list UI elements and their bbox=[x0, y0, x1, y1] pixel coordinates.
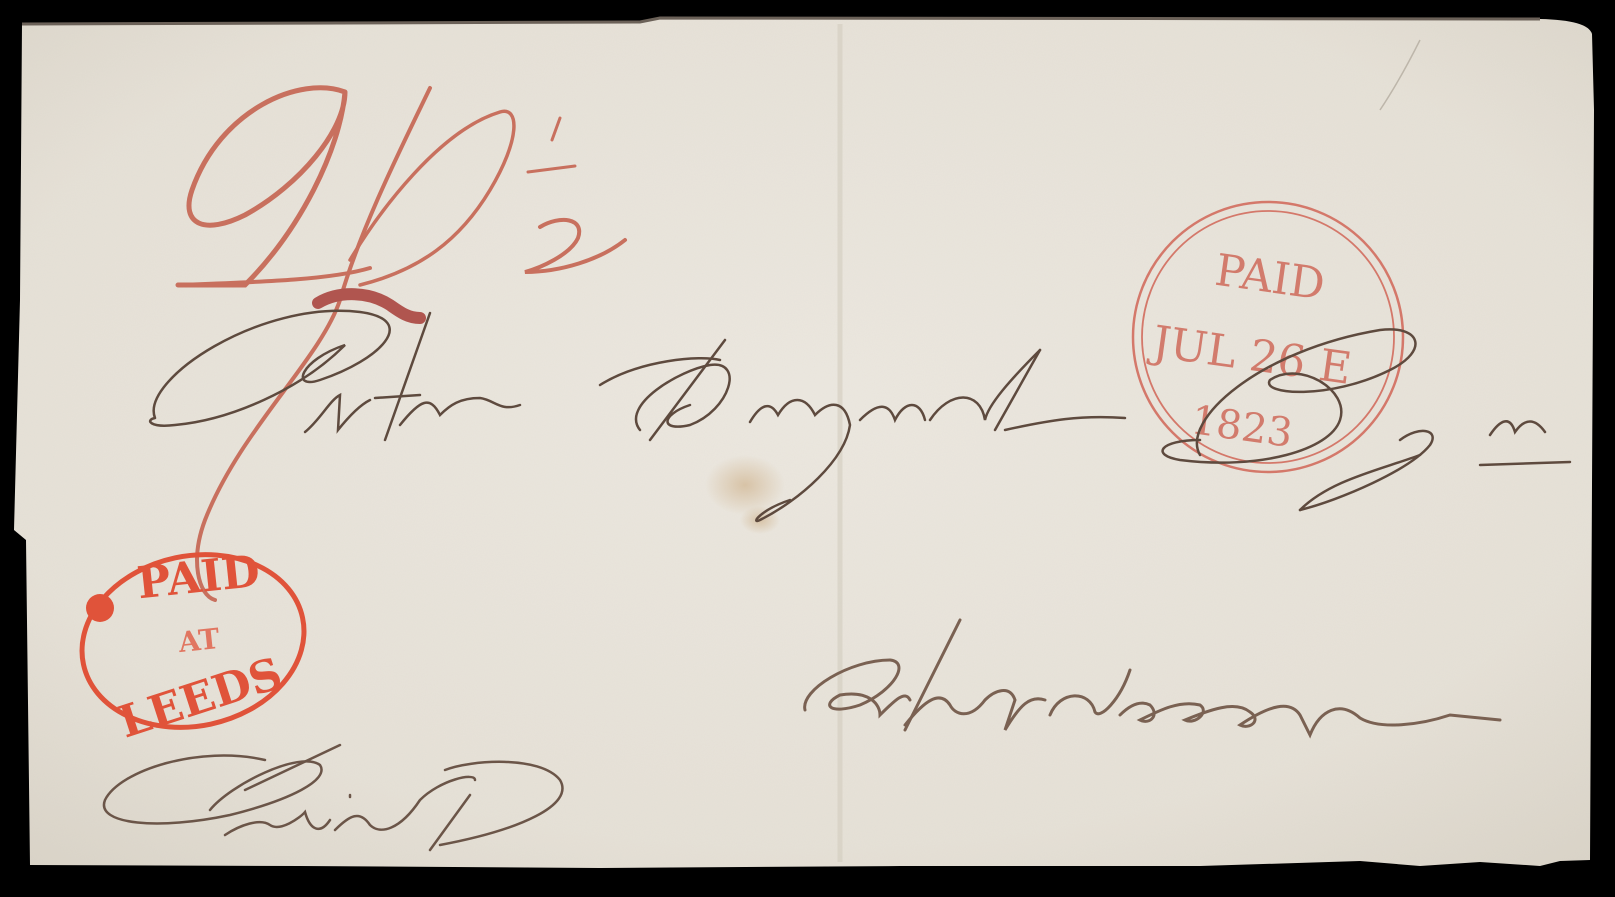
stamp-line-2: AT bbox=[176, 622, 221, 659]
postal-cover-photo: PAID JUL 26 E 1823 PAID AT LEEDS bbox=[0, 0, 1615, 897]
letter-paper bbox=[14, 18, 1594, 868]
